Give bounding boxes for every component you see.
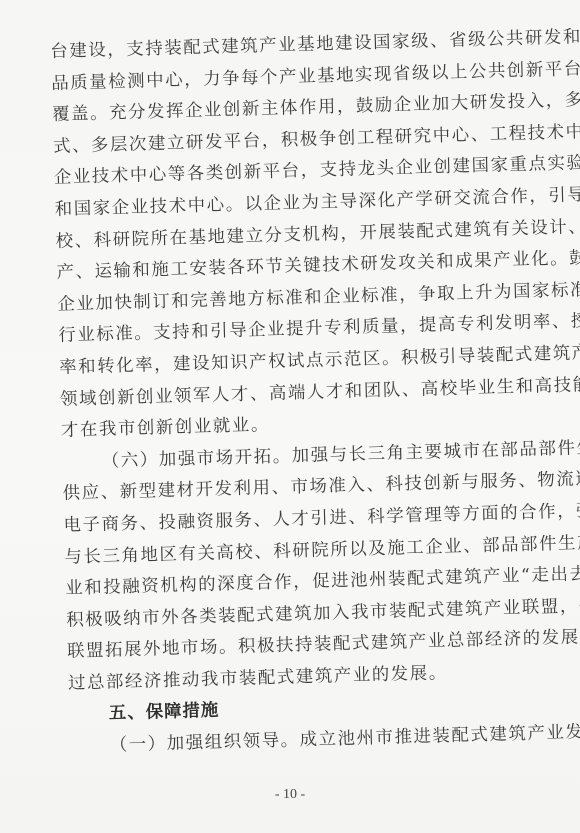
body-text: 台建设，支持装配式建筑产业基地建设国家级、省级公共研发和产 品质量检测中心，力争…: [50, 23, 562, 763]
document-page: 台建设，支持装配式建筑产业基地建设国家级、省级公共研发和产 品质量检测中心，力争…: [0, 0, 580, 833]
page-number: - 10 -: [0, 787, 580, 803]
